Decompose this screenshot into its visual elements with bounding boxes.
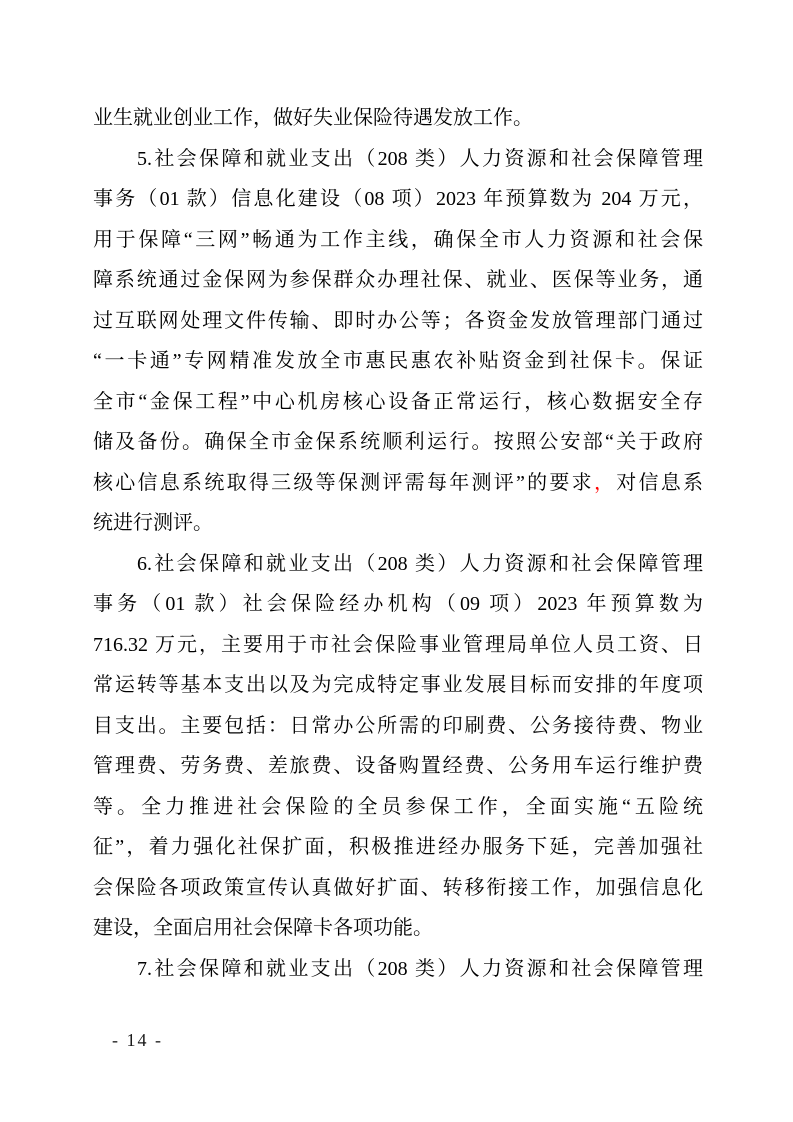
text-line: 6.社会保障和就业支出（208 类）人力资源和社会保障管理 <box>93 544 703 585</box>
text-segment: 全市“金保工程”中心机房核心设备正常运行，核心数据安全存 <box>93 391 703 413</box>
text-line: 全市“金保工程”中心机房核心设备正常运行，核心数据安全存 <box>93 382 703 423</box>
text-line: 会保险各项政策宣传认真做好扩面、转移衔接工作，加强信息化 <box>93 868 703 909</box>
text-segment: 对信息系 <box>616 472 703 494</box>
text-segment: 统进行测评。 <box>93 512 213 534</box>
text-line: 业生就业创业工作，做好失业保险待遇发放工作。 <box>93 98 703 139</box>
paragraph-item-6: 6.社会保障和就业支出（208 类）人力资源和社会保障管理事务（01 款）社会保… <box>93 544 703 949</box>
text-segment: 6.社会保障和就业支出（208 类）人力资源和社会保障管理 <box>137 553 703 575</box>
text-line: 障系统通过金保网为参保群众办理社保、就业、医保等业务，通 <box>93 260 703 301</box>
page-number: - 14 - <box>112 1026 163 1054</box>
text-line: 储及备份。确保全市金保系统顺利运行。按照公安部“关于政府 <box>93 422 703 463</box>
text-line: 等。全力推进社会保险的全员参保工作，全面实施“五险统 <box>93 787 703 828</box>
text-line: 用于保障“三网”畅通为工作主线，确保全市人力资源和社会保 <box>93 220 703 261</box>
paragraph-continuation: 业生就业创业工作，做好失业保险待遇发放工作。 <box>93 98 703 139</box>
text-segment: 用于保障“三网”畅通为工作主线，确保全市人力资源和社会保 <box>93 229 703 251</box>
text-segment: 目支出。主要包括：日常办公所需的印刷费、公务接待费、物业 <box>93 715 703 737</box>
text-line: 过互联网处理文件传输、即时办公等；各资金发放管理部门通过 <box>93 301 703 342</box>
text-segment: 征”，着力强化社保扩面，积极推进经办服务下延，完善加强社 <box>93 836 703 858</box>
red-comma: ， <box>594 472 616 494</box>
paragraph-item-5: 5.社会保障和就业支出（208 类）人力资源和社会保障管理事务（01 款）信息化… <box>93 139 703 544</box>
document-page: 业生就业创业工作，做好失业保险待遇发放工作。5.社会保障和就业支出（208 类）… <box>0 0 793 1122</box>
text-line: 事务（01 款）社会保险经办机构（09 项）2023 年预算数为 <box>93 584 703 625</box>
text-line: 事务（01 款）信息化建设（08 项）2023 年预算数为 204 万元， <box>93 179 703 220</box>
document-body: 业生就业创业工作，做好失业保险待遇发放工作。5.社会保障和就业支出（208 类）… <box>93 98 703 989</box>
text-segment: 障系统通过金保网为参保群众办理社保、就业、医保等业务，通 <box>93 269 703 291</box>
text-segment: 常运转等基本支出以及为完成特定事业发展目标而安排的年度项 <box>93 674 703 696</box>
text-line: “一卡通”专网精准发放全市惠民惠农补贴资金到社保卡。保证 <box>93 341 703 382</box>
text-line: 核心信息系统取得三级等保测评需每年测评”的要求，对信息系 <box>93 463 703 504</box>
text-line: 5.社会保障和就业支出（208 类）人力资源和社会保障管理 <box>93 139 703 180</box>
text-segment: 5.社会保障和就业支出（208 类）人力资源和社会保障管理 <box>137 148 703 170</box>
text-segment: 7.社会保障和就业支出（208 类）人力资源和社会保障管理 <box>137 958 703 980</box>
text-line: 建设，全面启用社会保障卡各项功能。 <box>93 908 703 949</box>
text-line: 统进行测评。 <box>93 503 703 544</box>
text-line: 7.社会保障和就业支出（208 类）人力资源和社会保障管理 <box>93 949 703 990</box>
text-line: 目支出。主要包括：日常办公所需的印刷费、公务接待费、物业 <box>93 706 703 747</box>
text-line: 征”，着力强化社保扩面，积极推进经办服务下延，完善加强社 <box>93 827 703 868</box>
text-line: 常运转等基本支出以及为完成特定事业发展目标而安排的年度项 <box>93 665 703 706</box>
text-segment: 过互联网处理文件传输、即时办公等；各资金发放管理部门通过 <box>93 310 703 332</box>
text-segment: 建设，全面启用社会保障卡各项功能。 <box>93 917 433 939</box>
text-segment: 716.32 万元，主要用于市社会保险事业管理局单位人员工资、日 <box>93 634 703 656</box>
text-line: 716.32 万元，主要用于市社会保险事业管理局单位人员工资、日 <box>93 625 703 666</box>
text-segment: 管理费、劳务费、差旅费、设备购置经费、公务用车运行维护费 <box>93 755 703 777</box>
text-segment: 储及备份。确保全市金保系统顺利运行。按照公安部“关于政府 <box>93 431 703 453</box>
text-segment: 会保险各项政策宣传认真做好扩面、转移衔接工作，加强信息化 <box>93 877 703 899</box>
paragraph-item-7: 7.社会保障和就业支出（208 类）人力资源和社会保障管理 <box>93 949 703 990</box>
text-segment: 事务（01 款）社会保险经办机构（09 项）2023 年预算数为 <box>93 593 703 615</box>
text-segment: “一卡通”专网精准发放全市惠民惠农补贴资金到社保卡。保证 <box>93 350 703 372</box>
text-segment: 事务（01 款）信息化建设（08 项）2023 年预算数为 204 万元， <box>93 188 703 210</box>
text-line: 管理费、劳务费、差旅费、设备购置经费、公务用车运行维护费 <box>93 746 703 787</box>
text-segment: 等。全力推进社会保险的全员参保工作，全面实施“五险统 <box>93 796 703 818</box>
text-segment: 核心信息系统取得三级等保测评需每年测评”的要求 <box>93 472 594 494</box>
text-segment: 业生就业创业工作，做好失业保险待遇发放工作。 <box>93 107 533 129</box>
